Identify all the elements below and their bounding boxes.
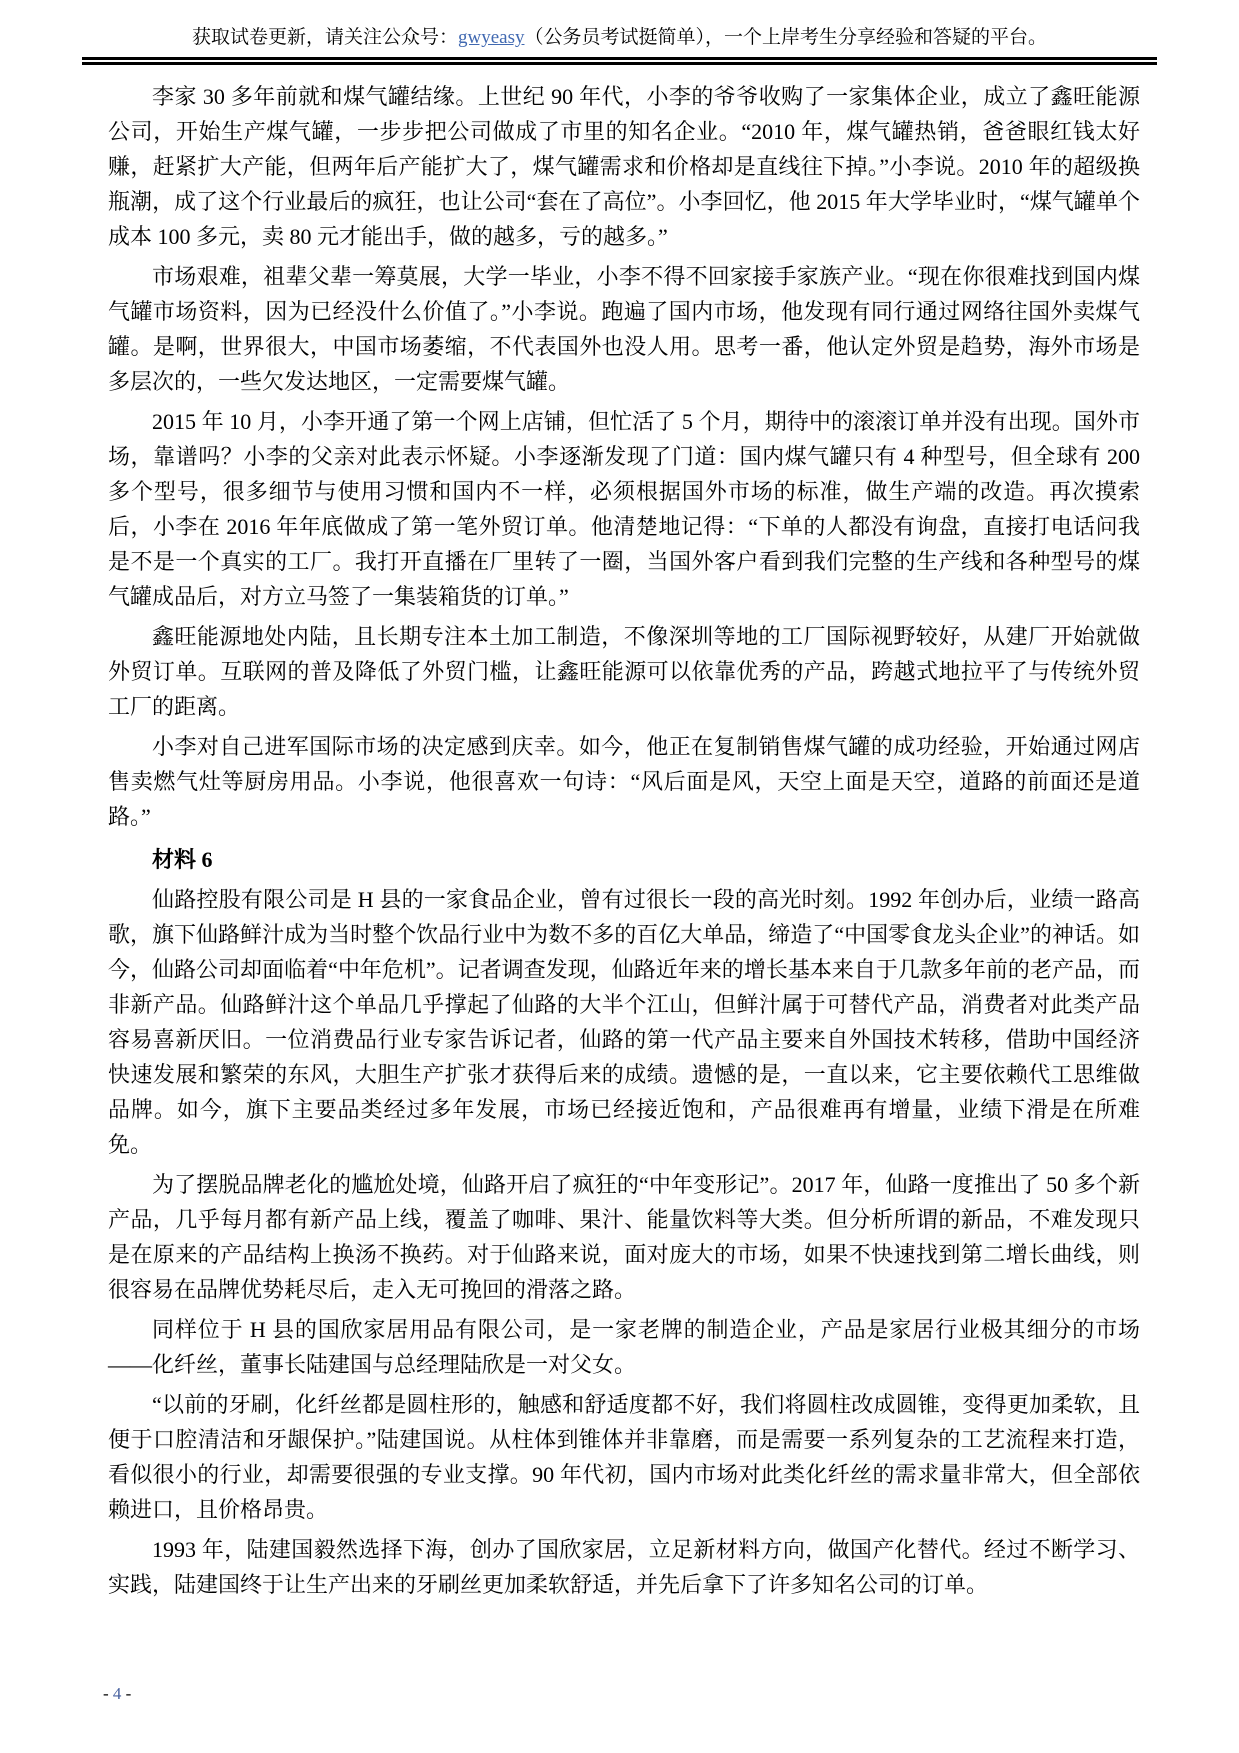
paragraph-international-market-decision: 小李对自己进军国际市场的决定感到庆幸。如今，他正在复制销售煤气罐的成功经验，开始… — [108, 729, 1140, 834]
paragraph-online-shop-2015: 2015 年 10 月，小李开通了第一个网上店铺，但忙活了 5 个月，期待中的滚… — [108, 404, 1140, 614]
document-page: 获取试卷更新，请关注公众号：gwyeasy（公务员考试挺简单），一个上岸考生分享… — [0, 25, 1239, 1602]
paragraph-market-hardship: 市场艰难，祖辈父辈一筹莫展，大学一毕业，小李不得不回家接手家族产业。“现在你很难… — [108, 259, 1140, 399]
header-divider-double-line — [82, 57, 1157, 65]
paragraph-xianlu-holding: 仙路控股有限公司是 H 县的一家食品企业，曾有过很长一段的高光时刻。1992 年… — [108, 882, 1140, 1162]
page-number-dash-left: - — [103, 1684, 113, 1703]
page-number: - 4 - — [103, 1683, 131, 1705]
paragraph-midlife-transformation: 为了摆脱品牌老化的尴尬处境，仙路开启了疯狂的“中年变形记”。2017 年，仙路一… — [108, 1167, 1140, 1307]
page-number-dash-right: - — [121, 1684, 131, 1703]
header-public-account-link[interactable]: gwyeasy — [458, 27, 524, 48]
paragraph-toothbrush-fiber: “以前的牙刷，化纤丝都是圆柱形的，触感和舒适度都不好，我们将圆柱改成圆锥，变得更… — [108, 1387, 1140, 1527]
header-text-suffix: （公务员考试挺简单），一个上岸考生分享经验和答疑的平台。 — [524, 27, 1047, 48]
paragraph-guoxin-household: 同样位于 H 县的国欣家居用品有限公司，是一家老牌的制造企业，产品是家居行业极其… — [108, 1312, 1140, 1382]
document-body: 李家 30 多年前就和煤气罐结缘。上世纪 90 年代，小李的爷爷收购了一家集体企… — [0, 65, 1239, 1602]
paragraph-xinwang-inland: 鑫旺能源地处内陆，且长期专注本土加工制造，不像深圳等地的工厂国际视野较好，从建厂… — [108, 619, 1140, 724]
header-text-prefix: 获取试卷更新，请关注公众号： — [192, 27, 458, 48]
paragraph-li-family-gas-tank: 李家 30 多年前就和煤气罐结缘。上世纪 90 年代，小李的爷爷收购了一家集体企… — [108, 79, 1140, 254]
page-header: 获取试卷更新，请关注公众号：gwyeasy（公务员考试挺简单），一个上岸考生分享… — [0, 25, 1239, 51]
section-heading-material-6: 材料 6 — [108, 842, 1140, 877]
paragraph-lu-jianguo-1993: 1993 年，陆建国毅然选择下海，创办了国欣家居，立足新材料方向，做国产化替代。… — [108, 1532, 1140, 1602]
